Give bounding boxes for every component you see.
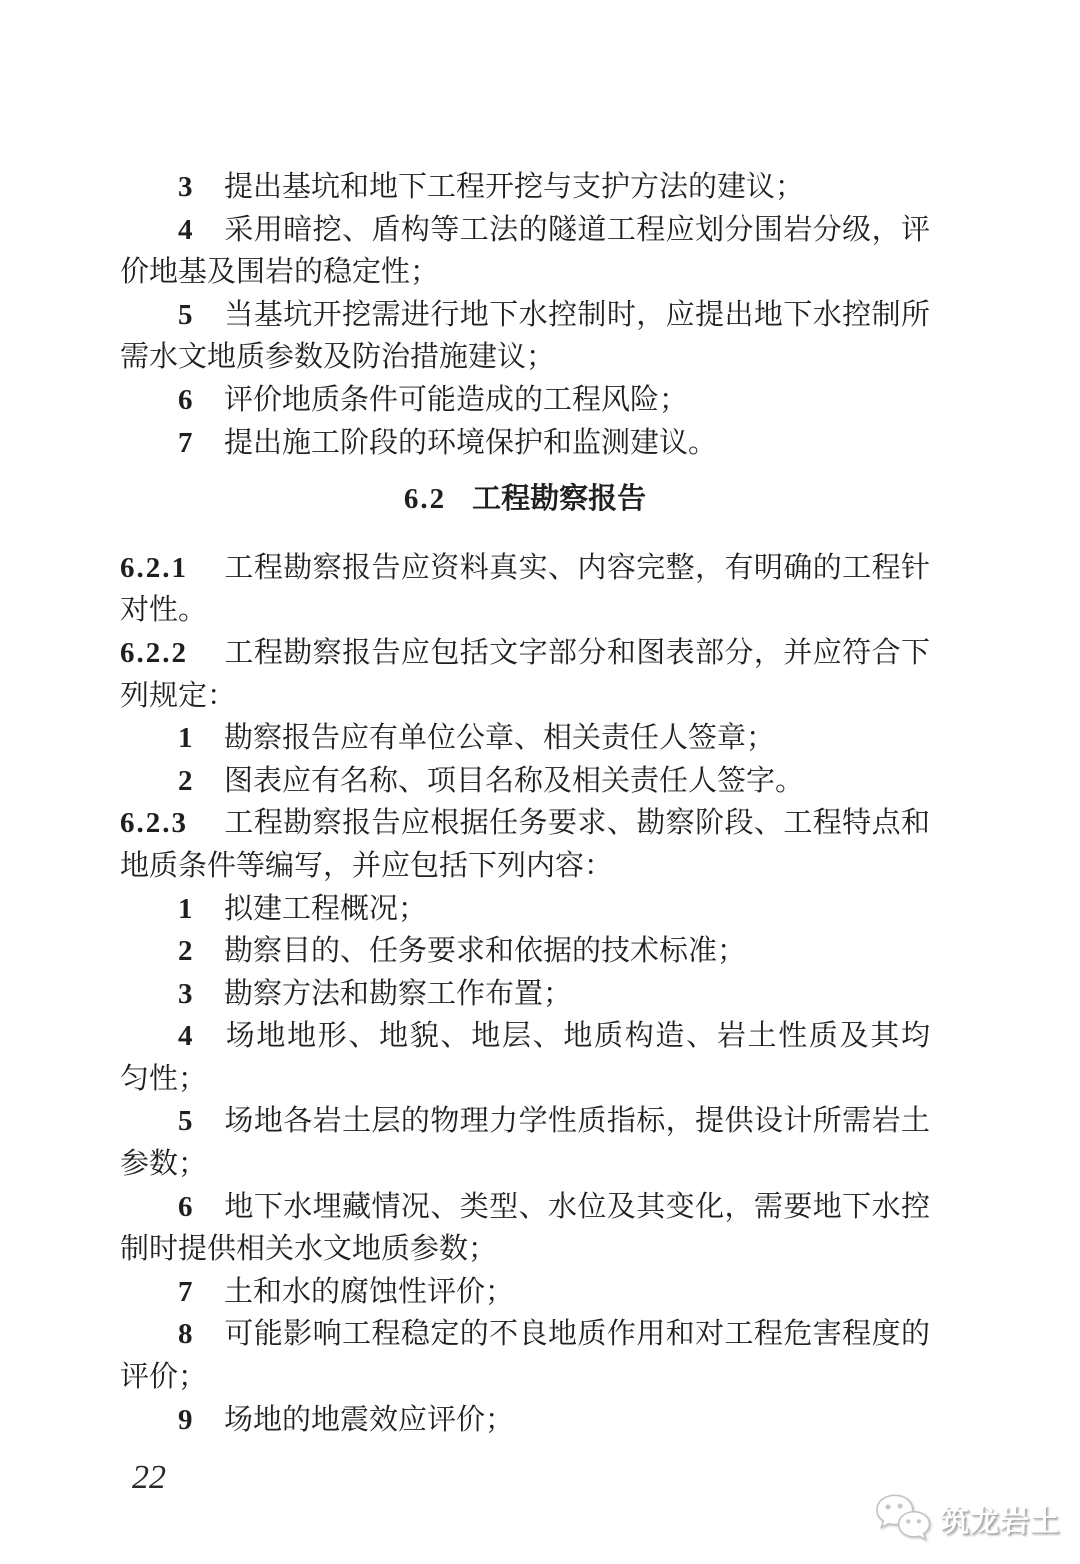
section-heading: 6.2工程勘察报告 [120, 478, 930, 521]
clause-number: 6.2.2 [120, 632, 224, 675]
clause-text: 对性。 [120, 594, 207, 626]
item-text: 土和水的腐蚀性评价； [224, 1276, 514, 1308]
item-number: 1 [178, 717, 224, 760]
item-text: 匀性； [120, 1063, 207, 1095]
list-item-line: 7提出施工阶段的环境保护和监测建议。 [120, 422, 930, 465]
wrapped-text-line: 对性。 [120, 589, 930, 632]
item-number: 3 [178, 973, 224, 1016]
clause-line: 6.2.1工程勘察报告应资料真实、内容完整，有明确的工程针 [120, 547, 930, 590]
wrapped-text-line: 制时提供相关水文地质参数； [120, 1228, 930, 1271]
wrapped-text-line: 匀性； [120, 1058, 930, 1101]
item-number: 4 [178, 209, 224, 252]
item-text: 评价； [120, 1361, 207, 1393]
item-number: 9 [178, 1399, 224, 1442]
item-number: 2 [178, 930, 224, 973]
clause-text: 工程勘察报告应包括文字部分和图表部分，并应符合下 [224, 637, 930, 669]
list-item-line: 3提出基坑和地下工程开挖与支护方法的建议； [120, 166, 930, 209]
item-text: 勘察目的、任务要求和依据的技术标准； [224, 935, 746, 967]
item-number: 1 [178, 888, 224, 931]
wrapped-text-line: 需水文地质参数及防治措施建议； [120, 336, 930, 379]
item-text: 需水文地质参数及防治措施建议； [120, 341, 555, 373]
list-item-line: 5场地各岩土层的物理力学性质指标，提供设计所需岩土 [120, 1100, 930, 1143]
list-item-line: 3勘察方法和勘察工作布置； [120, 973, 930, 1016]
list-item-line: 2勘察目的、任务要求和依据的技术标准； [120, 930, 930, 973]
item-text: 价地基及围岩的稳定性； [120, 256, 439, 288]
page-number: 22 [132, 1458, 166, 1498]
item-text: 场地各岩土层的物理力学性质指标，提供设计所需岩土 [224, 1105, 930, 1137]
item-number: 5 [178, 294, 224, 337]
list-item-line: 8可能影响工程稳定的不良地质作用和对工程危害程度的 [120, 1313, 930, 1356]
wrapped-text-line: 价地基及围岩的稳定性； [120, 251, 930, 294]
list-item-line: 6地下水埋藏情况、类型、水位及其变化，需要地下水控 [120, 1186, 930, 1229]
item-text: 当基坑开挖需进行地下水控制时，应提出地下水控制所 [224, 299, 930, 331]
item-text: 勘察报告应有单位公章、相关责任人签章； [224, 722, 775, 754]
item-text: 勘察方法和勘察工作布置； [224, 978, 572, 1010]
item-number: 5 [178, 1100, 224, 1143]
list-item-line: 4场地地形、地貌、地层、地质构造、岩土性质及其均 [120, 1015, 930, 1058]
clause-line: 6.2.3工程勘察报告应根据任务要求、勘察阶段、工程特点和 [120, 802, 930, 845]
item-number: 7 [178, 422, 224, 465]
list-item-line: 6评价地质条件可能造成的工程风险； [120, 379, 930, 422]
clause-number: 6.2.3 [120, 802, 224, 845]
clause-line: 6.2.2工程勘察报告应包括文字部分和图表部分，并应符合下 [120, 632, 930, 675]
item-text: 参数； [120, 1148, 207, 1180]
document-body: 3提出基坑和地下工程开挖与支护方法的建议； 4采用暗挖、盾构等工法的隧道工程应划… [120, 166, 930, 1441]
wrapped-text-line: 参数； [120, 1143, 930, 1186]
brand-watermark: 筑龙岩土 [874, 1492, 1060, 1546]
list-item-line: 9场地的地震效应评价； [120, 1399, 930, 1442]
wrapped-text-line: 评价； [120, 1356, 930, 1399]
list-item-line: 7土和水的腐蚀性评价； [120, 1271, 930, 1314]
item-number: 2 [178, 760, 224, 803]
clause-text: 列规定： [120, 680, 236, 712]
item-text: 场地地形、地貌、地层、地质构造、岩土性质及其均 [224, 1020, 930, 1052]
item-text: 评价地质条件可能造成的工程风险； [224, 384, 688, 416]
brand-text: 筑龙岩土 [940, 1499, 1060, 1540]
item-number: 3 [178, 166, 224, 209]
list-item-line: 1勘察报告应有单位公章、相关责任人签章； [120, 717, 930, 760]
item-text: 图表应有名称、项目名称及相关责任人签字。 [224, 765, 804, 797]
wrapped-text-line: 地质条件等编写，并应包括下列内容： [120, 845, 930, 888]
clause-number: 6.2.1 [120, 547, 224, 590]
item-text: 可能影响工程稳定的不良地质作用和对工程危害程度的 [224, 1318, 930, 1350]
clause-text: 地质条件等编写，并应包括下列内容： [120, 850, 613, 882]
list-item-line: 5当基坑开挖需进行地下水控制时，应提出地下水控制所 [120, 294, 930, 337]
item-number: 6 [178, 379, 224, 422]
item-number: 4 [178, 1015, 224, 1058]
item-text: 提出基坑和地下工程开挖与支护方法的建议； [224, 171, 804, 203]
document-page: 3提出基坑和地下工程开挖与支护方法的建议； 4采用暗挖、盾构等工法的隧道工程应划… [0, 0, 1080, 1564]
wechat-icon [874, 1492, 932, 1546]
section-number: 6.2 [404, 483, 446, 515]
item-number: 6 [178, 1186, 224, 1229]
wrapped-text-line: 列规定： [120, 675, 930, 718]
clause-text: 工程勘察报告应根据任务要求、勘察阶段、工程特点和 [224, 807, 930, 839]
section-title: 工程勘察报告 [472, 483, 646, 515]
item-text: 制时提供相关水文地质参数； [120, 1233, 497, 1265]
item-text: 提出施工阶段的环境保护和监测建议。 [224, 427, 717, 459]
item-text: 拟建工程概况； [224, 893, 427, 925]
item-text: 地下水埋藏情况、类型、水位及其变化，需要地下水控 [224, 1191, 930, 1223]
list-item-line: 1拟建工程概况； [120, 888, 930, 931]
item-number: 8 [178, 1313, 224, 1356]
item-number: 7 [178, 1271, 224, 1314]
item-text: 场地的地震效应评价； [224, 1404, 514, 1436]
list-item-line: 4采用暗挖、盾构等工法的隧道工程应划分围岩分级，评 [120, 209, 930, 252]
clause-text: 工程勘察报告应资料真实、内容完整，有明确的工程针 [224, 552, 930, 584]
item-text: 采用暗挖、盾构等工法的隧道工程应划分围岩分级，评 [224, 214, 930, 246]
list-item-line: 2图表应有名称、项目名称及相关责任人签字。 [120, 760, 930, 803]
